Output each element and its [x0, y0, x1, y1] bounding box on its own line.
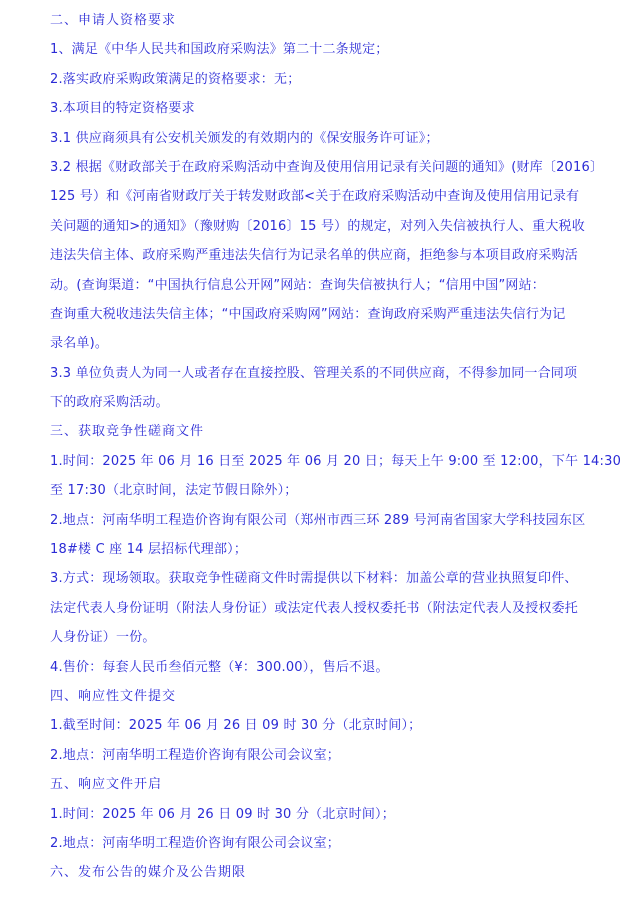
paragraph-line: 1、满足《中华人民共和国政府采购法》第二十二条规定；	[50, 35, 590, 64]
paragraph-line: 1.时间：2025 年 06 月 16 日至 2025 年 06 月 20 日；…	[50, 447, 590, 476]
paragraph-line: 违法失信主体、政府采购严重违法失信行为记录名单的供应商，拒绝参与本项目政府采购活	[50, 241, 590, 270]
paragraph-line: 人身份证）一份。	[50, 623, 590, 652]
paragraph-line: 录名单)。	[50, 329, 590, 358]
paragraph-line: 2.地点：河南华明工程造价咨询有限公司会议室；	[50, 741, 590, 770]
paragraph-line: 3.3 单位负责人为同一人或者存在直接控股、管理关系的不同供应商，不得参加同一合…	[50, 359, 590, 388]
paragraph-line: 2.地点：河南华明工程造价咨询有限公司会议室；	[50, 829, 590, 858]
section-heading-obtain-documents: 三、获取竞争性磋商文件	[50, 417, 590, 446]
paragraph-line: 3.1 供应商须具有公安机关颁发的有效期内的《保安服务许可证》；	[50, 124, 590, 153]
paragraph-line: 查询重大税收违法失信主体；“中国政府采购网”网站：查询政府采购严重违法失信行为记	[50, 300, 590, 329]
section-heading-response-submission: 四、响应性文件提交	[50, 682, 590, 711]
paragraph-line: 动。(查询渠道：“中国执行信息公开网”网站：查询失信被执行人；“信用中国”网站：	[50, 271, 590, 300]
paragraph-line: 至 17:30（北京时间，法定节假日除外）；	[50, 476, 590, 505]
document-body: 二、申请人资格要求 1、满足《中华人民共和国政府采购法》第二十二条规定； 2.落…	[0, 0, 590, 888]
paragraph-line: 4.售价：每套人民币叁佰元整（¥：300.00），售后不退。	[50, 653, 590, 682]
paragraph-line: 2.地点：河南华明工程造价咨询有限公司（郑州市西三环 289 号河南省国家大学科…	[50, 506, 590, 535]
paragraph-line: 3.本项目的特定资格要求	[50, 94, 590, 123]
paragraph-line: 下的政府采购活动。	[50, 388, 590, 417]
paragraph-line: 125 号）和《河南省财政厅关于转发财政部<关于在政府采购活动中查询及使用信用记…	[50, 182, 590, 211]
paragraph-line: 3.方式：现场领取。获取竞争性磋商文件时需提供以下材料：加盖公章的营业执照复印件…	[50, 564, 590, 593]
section-heading-announcement-media: 六、发布公告的媒介及公告期限	[50, 858, 590, 887]
paragraph-line: 2.落实政府采购政策满足的资格要求：无；	[50, 65, 590, 94]
paragraph-line: 18#楼 C 座 14 层招标代理部）；	[50, 535, 590, 564]
section-heading-response-opening: 五、响应文件开启	[50, 770, 590, 799]
paragraph-line: 1.时间：2025 年 06 月 26 日 09 时 30 分（北京时间）；	[50, 800, 590, 829]
paragraph-line: 3.2 根据《财政部关于在政府采购活动中查询及使用信用记录有关问题的通知》(财库…	[50, 153, 590, 182]
paragraph-line: 法定代表人身份证明（附法人身份证）或法定代表人授权委托书（附法定代表人及授权委托	[50, 594, 590, 623]
paragraph-line: 关问题的通知>的通知》（豫财购〔2016〕15 号）的规定，对列入失信被执行人、…	[50, 212, 590, 241]
section-heading-applicant-qualifications: 二、申请人资格要求	[50, 6, 590, 35]
paragraph-line: 1.截至时间：2025 年 06 月 26 日 09 时 30 分（北京时间）；	[50, 711, 590, 740]
